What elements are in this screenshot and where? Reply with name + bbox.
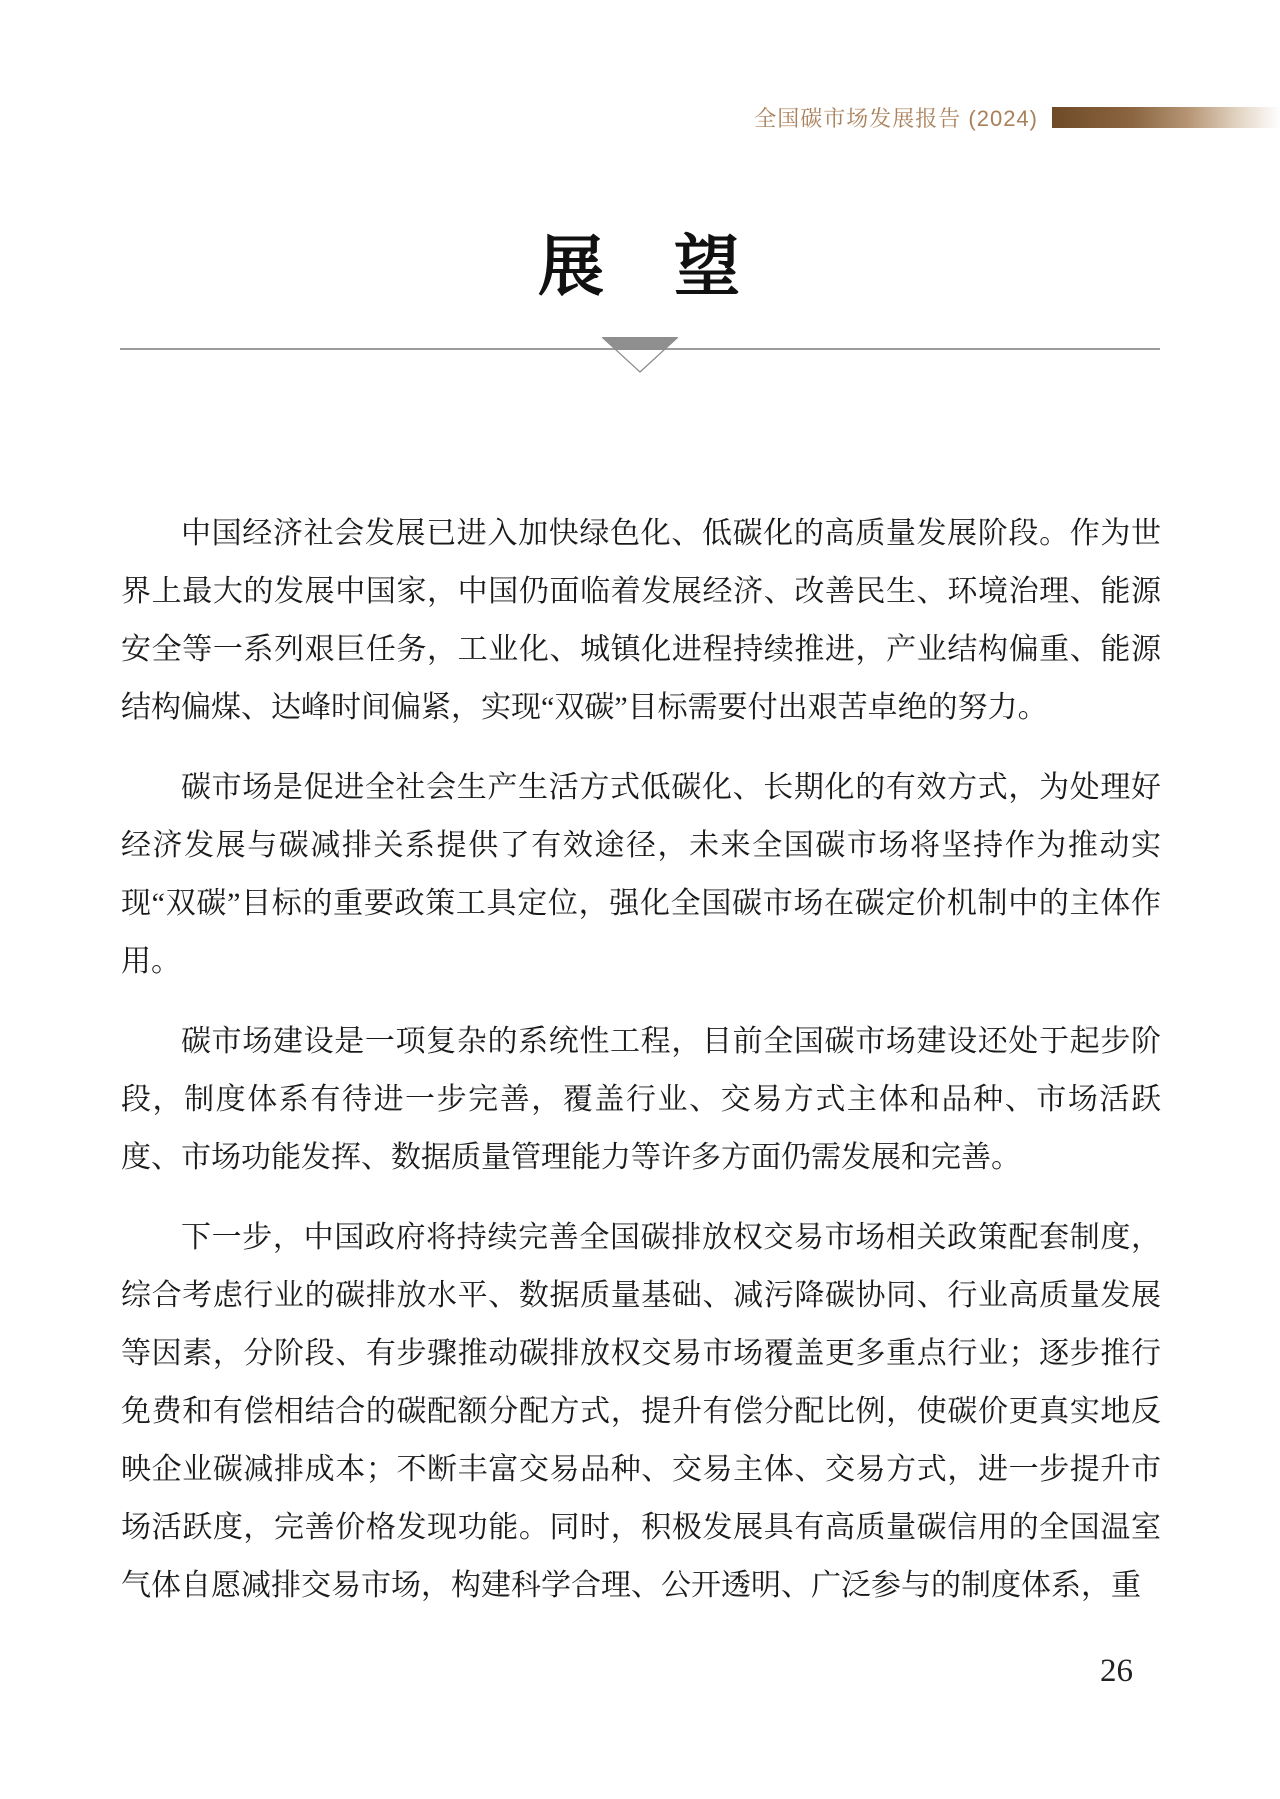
document-page: 全国碳市场发展报告 (2024) 展 望 中国经济社会发展已进入加快绿色化、低碳… xyxy=(0,0,1280,1799)
paragraph-3: 碳市场建设是一项复杂的系统性工程，目前全国碳市场建设还处于起步阶段，制度体系有待… xyxy=(121,1013,1161,1187)
section-divider xyxy=(120,337,1160,377)
page-number: 26 xyxy=(1100,1653,1133,1690)
paragraph-4: 下一步，中国政府将持续完善全国碳排放权交易市场相关政策配套制度，综合考虑行业的碳… xyxy=(121,1209,1161,1615)
paragraph-2: 碳市场是促进全社会生产生活方式低碳化、长期化的有效方式，为处理好经济发展与碳减排… xyxy=(121,759,1161,991)
body-text: 中国经济社会发展已进入加快绿色化、低碳化的高质量发展阶段。作为世界上最大的发展中… xyxy=(121,505,1161,1637)
header-gradient-bar xyxy=(1052,107,1280,128)
page-header: 全国碳市场发展报告 (2024) xyxy=(0,103,1280,131)
chapter-title: 展 望 xyxy=(0,232,1280,305)
running-head-title: 全国碳市场发展报告 (2024) xyxy=(754,102,1038,133)
triangle-ornament-icon xyxy=(601,337,679,374)
paragraph-1: 中国经济社会发展已进入加快绿色化、低碳化的高质量发展阶段。作为世界上最大的发展中… xyxy=(121,505,1161,737)
